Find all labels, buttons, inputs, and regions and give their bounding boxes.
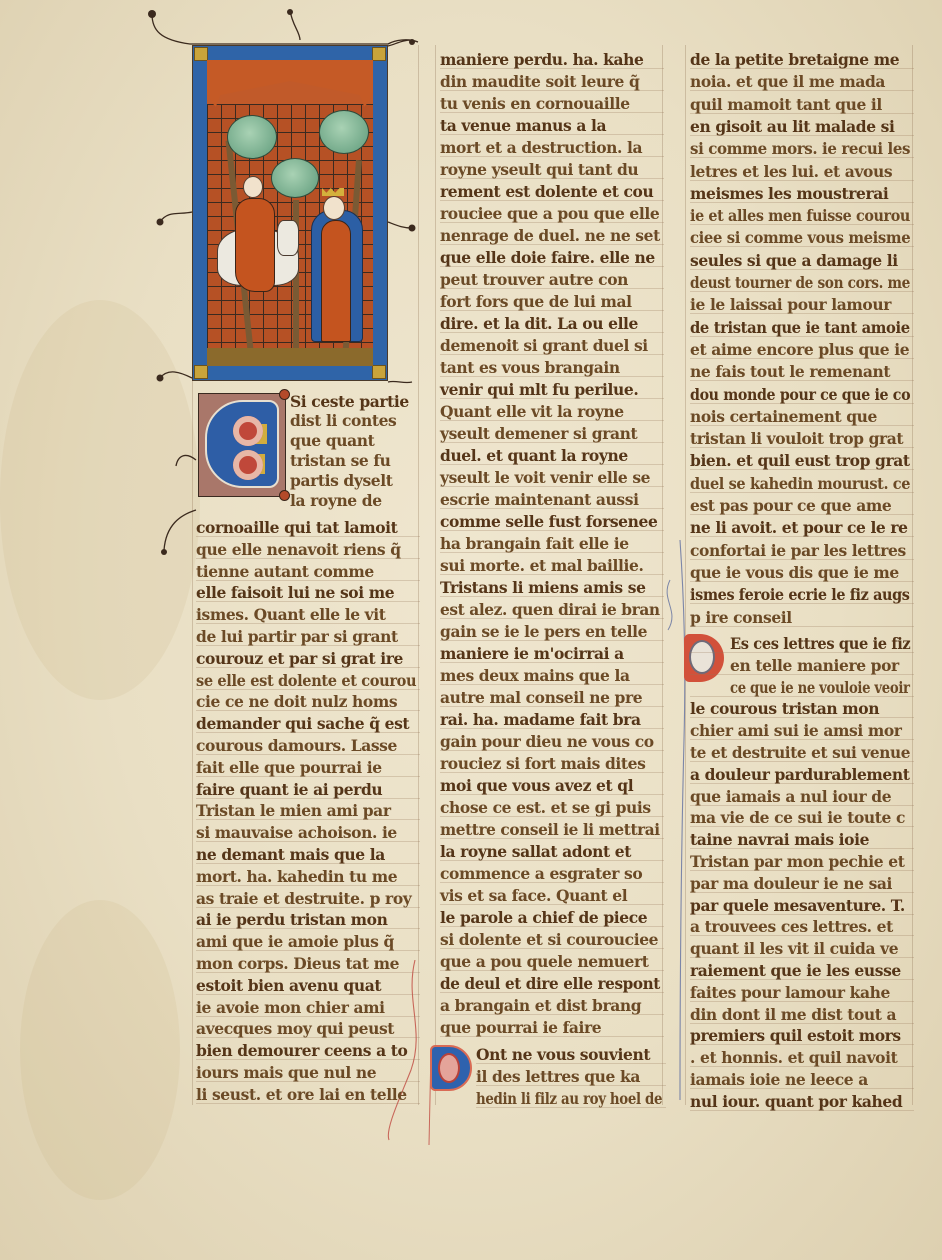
text-line: que elle doie faire. elle ne bbox=[440, 248, 655, 267]
text-line: a douleur pardurablement bbox=[690, 765, 910, 784]
text-line: Tristans li miens amis se bbox=[440, 578, 646, 597]
text-line: mon corps. Dieus tat me bbox=[196, 954, 399, 973]
text-line: la royne de bbox=[290, 491, 382, 510]
text-line: de tristan que ie tant amoie bbox=[690, 318, 910, 337]
text-line: chose ce est. et se gi puis bbox=[440, 798, 651, 817]
text-line: maniere perdu. ha. kahe bbox=[440, 50, 643, 69]
text-line: Ont ne vous souvient bbox=[476, 1045, 650, 1064]
text-line: si comme mors. ie recui les bbox=[690, 139, 910, 158]
text-line: a trouvees ces lettres. et bbox=[690, 917, 893, 936]
text-line: dou monde pour ce que ie co bbox=[690, 385, 910, 404]
text-line: ie et alles men fuisse courou bbox=[690, 206, 910, 225]
text-line: courous damours. Lasse bbox=[196, 736, 397, 755]
text-line: que a pou quele nemuert bbox=[440, 952, 649, 971]
text-line: bien. et quil eust trop grat bbox=[690, 451, 910, 470]
text-line: ne li avoit. et pour ce le re bbox=[690, 518, 908, 537]
text-line: moi que vous avez et ql bbox=[440, 776, 633, 795]
text-line: que iamais a nul iour de bbox=[690, 787, 891, 806]
text-line: en gisoit au lit malade si bbox=[690, 117, 895, 136]
text-line: dist li contes bbox=[290, 411, 396, 430]
text-line: escrie maintenant aussi bbox=[440, 490, 639, 509]
text-line: mettre conseil ie li mettrai bbox=[440, 820, 660, 839]
middle-column-after-initial: Ont ne vous souvientil des lettres que k… bbox=[476, 1045, 666, 1115]
text-line: Es ces lettres que ie fiz bbox=[730, 634, 910, 653]
text-line: commence a esgrater so bbox=[440, 864, 642, 883]
text-line: ismes. Quant elle le vit bbox=[196, 605, 386, 624]
text-line: elle faisoit lui ne soi me bbox=[196, 583, 394, 602]
text-line: yseult le voit venir elle se bbox=[440, 468, 650, 487]
text-line: il des lettres que ka bbox=[476, 1067, 640, 1086]
left-column-beside-initial: Si ceste partie dist li contes que quant… bbox=[290, 392, 420, 512]
text-line: fait elle que pourrai ie bbox=[196, 758, 382, 777]
text-line: fort fors que de lui mal bbox=[440, 292, 632, 311]
left-column-text: cornoaille qui tat lamoitque elle nenavo… bbox=[196, 518, 420, 1108]
text-line: tristan se fu bbox=[290, 451, 391, 470]
text-line: . et honnis. et quil navoit bbox=[690, 1048, 897, 1067]
text-line: tristan li vouloit trop grat bbox=[690, 429, 903, 448]
text-line: mort. ha. kahedin tu me bbox=[196, 867, 397, 886]
foliate-ornament bbox=[233, 450, 263, 480]
text-line: quil mamoit tant que il bbox=[690, 95, 882, 114]
text-line: tienne autant comme bbox=[196, 562, 374, 581]
text-line: que pourrai ie faire bbox=[440, 1018, 601, 1037]
text-line: demander qui sache q̃ est bbox=[196, 714, 409, 733]
text-line: seules si que a damage li bbox=[690, 251, 898, 270]
text-line: est alez. quen dirai ie bran bbox=[440, 600, 660, 619]
text-line: mort et a destruction. la bbox=[440, 138, 642, 157]
middle-column-text: maniere perdu. ha. kahedin maudite soit … bbox=[440, 50, 664, 1050]
text-line: iours mais que nul ne bbox=[196, 1063, 376, 1082]
text-line: rement est dolente et cou bbox=[440, 182, 653, 201]
text-line: nois certainement que bbox=[690, 407, 877, 426]
text-line: premiers quil estoit mors bbox=[690, 1026, 901, 1045]
initial-letter-c bbox=[205, 400, 279, 488]
text-line: la royne sallat adont et bbox=[440, 842, 631, 861]
text-line: ai ie perdu tristan mon bbox=[196, 910, 387, 929]
text-line: de deul et dire elle respont bbox=[440, 974, 660, 993]
text-line: nul iour. quant por kahed bbox=[690, 1092, 902, 1111]
text-line: faire quant ie ai perdu bbox=[196, 780, 382, 799]
text-line: Tristan par mon pechie et bbox=[690, 852, 904, 871]
text-line: peut trouver autre con bbox=[440, 270, 628, 289]
text-line: rouciee que a pou que elle bbox=[440, 204, 659, 223]
text-line: taine navrai mais ioie bbox=[690, 830, 869, 849]
text-line: ami que ie amoie plus q̃ bbox=[196, 932, 394, 951]
text-line: en telle maniere por bbox=[730, 656, 899, 675]
text-line: royne yseult qui tant du bbox=[440, 160, 638, 179]
text-line: si dolente et si courouciee bbox=[440, 930, 658, 949]
text-line: ta venue manus a la bbox=[440, 116, 606, 135]
foliate-ornament bbox=[233, 416, 263, 446]
text-line: raiement que ie les eusse bbox=[690, 961, 901, 980]
text-line: estoit bien avenu quat bbox=[196, 976, 381, 995]
text-line: cornoaille qui tat lamoit bbox=[196, 518, 397, 537]
text-line: Si ceste partie bbox=[290, 392, 409, 411]
text-line: ma vie de ce sui ie toute c bbox=[690, 808, 905, 827]
text-line: as traie et destruite. p roy bbox=[196, 889, 411, 908]
text-line: meismes les moustrerai bbox=[690, 184, 888, 203]
text-line: partis dyselt bbox=[290, 471, 393, 490]
manuscript-page: Si ceste partie dist li contes que quant… bbox=[0, 0, 942, 1260]
text-line: bien demourer ceens a to bbox=[196, 1041, 407, 1060]
text-line: avecques moy qui peust bbox=[196, 1019, 394, 1038]
text-line: duel. et quant la royne bbox=[440, 446, 628, 465]
text-line: Tristan le mien ami par bbox=[196, 801, 391, 820]
text-line: nenrage de duel. ne ne set bbox=[440, 226, 660, 245]
text-line: maniere ie m'ocirrai a bbox=[440, 644, 624, 663]
text-line: demenoit si grant duel si bbox=[440, 336, 648, 355]
text-line: sui morte. et mal baillie. bbox=[440, 556, 643, 575]
text-line: ce que ie ne vouloie veoir bbox=[730, 678, 910, 697]
text-line: a brangain et dist brang bbox=[440, 996, 641, 1015]
text-line: tu venis en cornouaille bbox=[440, 94, 630, 113]
text-line: iamais ioie ne leece a bbox=[690, 1070, 868, 1089]
text-line: letres et les lui. et avous bbox=[690, 162, 892, 181]
text-line: comme selle fust forsenee bbox=[440, 512, 657, 531]
text-line: cie ce ne doit nulz homs bbox=[196, 692, 397, 711]
text-line: mes deux mains que la bbox=[440, 666, 630, 685]
text-line: si mauvaise achoison. ie bbox=[196, 823, 397, 842]
text-line: chier ami sui ie amsi mor bbox=[690, 721, 902, 740]
parchment-stain bbox=[20, 900, 180, 1200]
text-line: li seust. et ore lai en telle bbox=[196, 1085, 407, 1104]
text-line: autre mal conseil ne pre bbox=[440, 688, 642, 707]
text-line: vis et sa face. Quant el bbox=[440, 886, 627, 905]
text-line: ismes feroie ecrie le fiz augs bbox=[690, 585, 910, 604]
text-line: te et destruite et sui venue bbox=[690, 743, 910, 762]
text-line: gain pour dieu ne vous co bbox=[440, 732, 654, 751]
text-line: deust tourner de son cors. me bbox=[690, 273, 910, 292]
right-column-after-initial: Es ces lettres que ie fizen telle manier… bbox=[690, 634, 914, 1114]
text-line: que elle nenavoit riens q̃ bbox=[196, 540, 401, 559]
text-line: Quant elle vit la royne bbox=[440, 402, 624, 421]
text-line: ciee si comme vous meisme bbox=[690, 228, 910, 247]
text-line: et aime encore plus que ie bbox=[690, 340, 909, 359]
text-line: faites pour lamour kahe bbox=[690, 983, 890, 1002]
text-line: venir qui mlt fu perilue. bbox=[440, 380, 638, 399]
text-line: ne fais tout le remenant bbox=[690, 362, 890, 381]
text-line: din maudite soit leure q̃ bbox=[440, 72, 639, 91]
text-line: de lui partir par si grant bbox=[196, 627, 398, 646]
text-line: noia. et que il me mada bbox=[690, 72, 885, 91]
text-line: gain se ie le pers en telle bbox=[440, 622, 647, 641]
text-line: le courous tristan mon bbox=[690, 699, 879, 718]
text-line: din dont il me dist tout a bbox=[690, 1005, 896, 1024]
text-line: ha brangain fait elle ie bbox=[440, 534, 629, 553]
decorated-initial-c bbox=[198, 393, 286, 497]
text-line: est pas pour ce que ame bbox=[690, 496, 891, 515]
text-line: quant il les vit il cuida ve bbox=[690, 939, 898, 958]
text-line: tant es vous brangain bbox=[440, 358, 620, 377]
text-line: se elle est dolente et courou bbox=[196, 671, 416, 690]
text-line: ie avoie mon chier ami bbox=[196, 998, 385, 1017]
text-line: par ma douleur ie ne sai bbox=[690, 874, 892, 893]
text-line: dire. et la dit. La ou elle bbox=[440, 314, 638, 333]
text-line: par quele mesaventure. T. bbox=[690, 896, 905, 915]
blue-initial-d bbox=[430, 1045, 472, 1091]
right-column-text: de la petite bretaigne menoia. et que il… bbox=[690, 50, 914, 630]
gold-knob bbox=[279, 389, 290, 400]
text-line: ne demant mais que la bbox=[196, 845, 385, 864]
text-line: courouz et par si grat ire bbox=[196, 649, 403, 668]
text-line: que ie vous dis que ie me bbox=[690, 563, 899, 582]
text-line: duel se kahedin mourust. ce bbox=[690, 474, 910, 493]
gold-knob bbox=[279, 490, 290, 501]
text-line: confortai ie par les lettres bbox=[690, 541, 906, 560]
text-line: yseult demener si grant bbox=[440, 424, 637, 443]
text-line: ie le laissai pour lamour bbox=[690, 295, 891, 314]
text-line: que quant bbox=[290, 431, 374, 450]
text-line: le parole a chief de piece bbox=[440, 908, 647, 927]
text-line: rouciez si fort mais dites bbox=[440, 754, 645, 773]
text-line: de la petite bretaigne me bbox=[690, 50, 899, 69]
swirl-ornament bbox=[438, 1053, 460, 1083]
text-line: p ire conseil bbox=[690, 608, 792, 627]
text-line: rai. ha. madame fait bra bbox=[440, 710, 641, 729]
text-line: hedin li filz au roy hoel de bbox=[476, 1089, 662, 1108]
